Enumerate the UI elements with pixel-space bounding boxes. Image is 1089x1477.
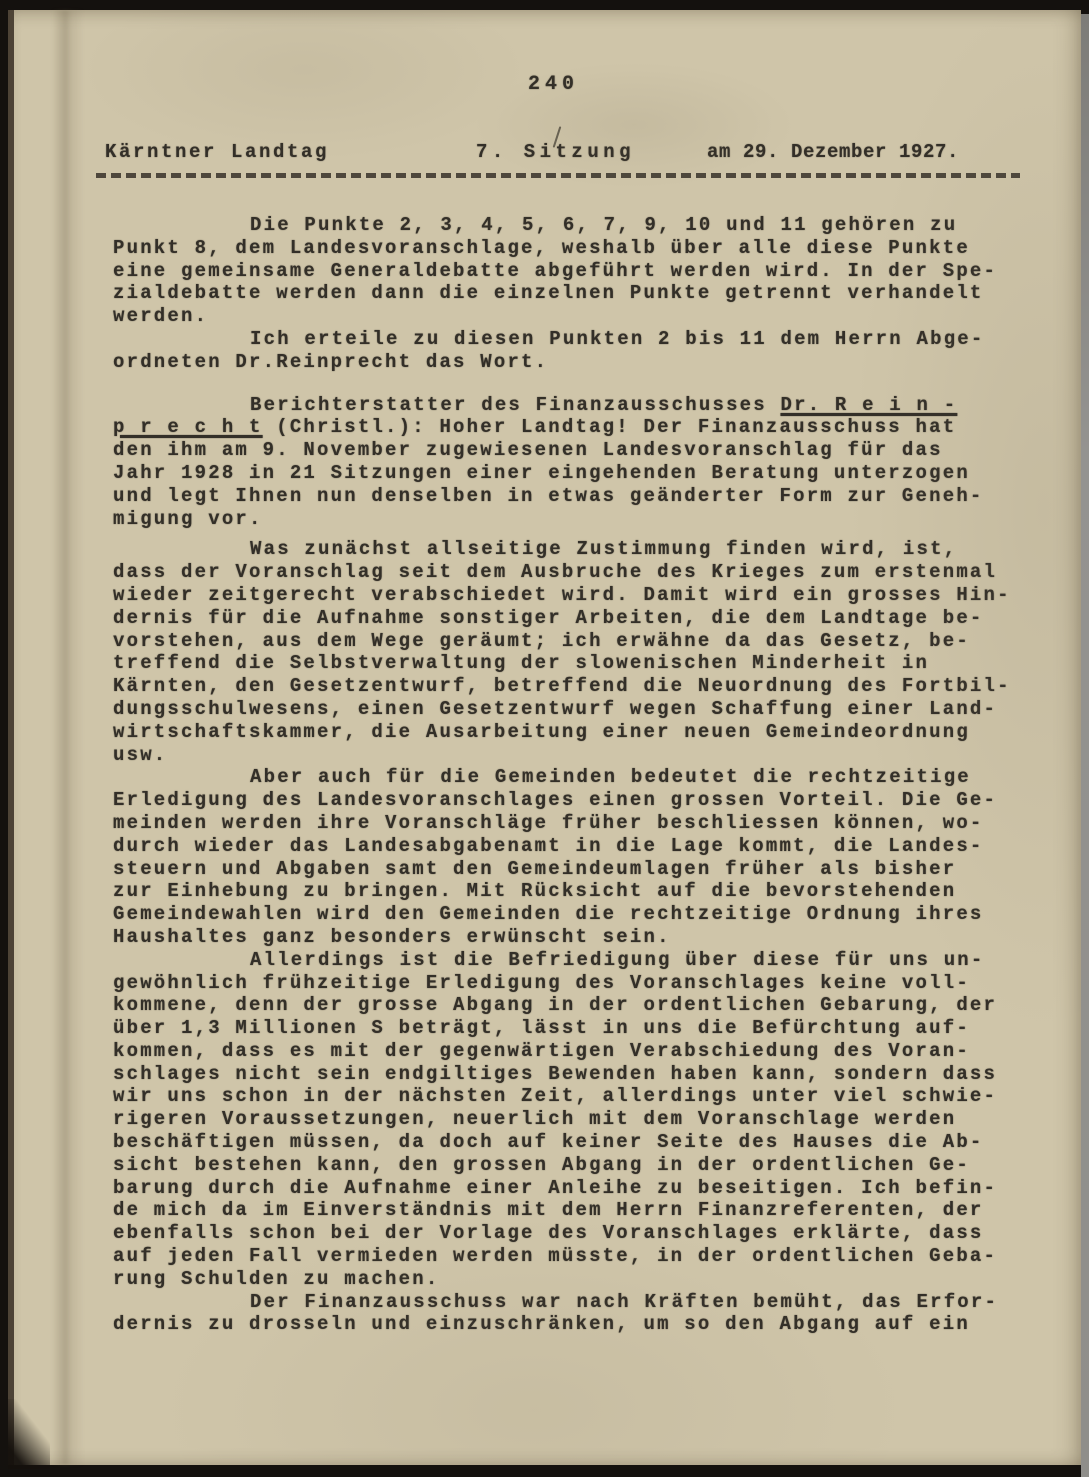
text-segment: Berichterstatter des Finanzausschusses — [250, 394, 780, 416]
text-line: treffend die Selbstverwaltung der slowen… — [113, 652, 1025, 675]
paragraph: Allerdings ist die Befriedigung über die… — [113, 949, 1025, 1291]
text-line: migung vor. — [113, 508, 1025, 531]
text-segment: Der Finanzausschuss war nach Kräften bem… — [250, 1291, 998, 1313]
text-segment: durch wieder das Landesabgabenamt in die… — [113, 835, 984, 857]
text-segment: wirtschaftskammer, die Ausarbeitung eine… — [113, 721, 970, 743]
text-segment: Allerdings ist die Befriedigung über die… — [250, 949, 985, 971]
text-segment: zur Einhebung zu bringen. Mit Rücksicht … — [113, 880, 956, 902]
text-segment: dernis zu drosseln und einzuschränken, u… — [113, 1313, 970, 1335]
text-line: gewöhnlich frühzeitige Erledigung des Vo… — [113, 972, 1025, 995]
text-segment: gewöhnlich frühzeitige Erledigung des Vo… — [113, 972, 970, 994]
header-institution: Kärntner Landtag — [105, 141, 329, 163]
text-line: steuern und Abgaben samt den Gemeindeuml… — [113, 858, 1025, 881]
text-line: Haushaltes ganz besonders erwünscht sein… — [113, 926, 1025, 949]
text-segment: vorstehen, aus dem Wege geräumt; ich erw… — [113, 630, 970, 652]
text-segment: usw. — [113, 744, 167, 766]
text-line: barung durch die Aufnahme einer Anleihe … — [113, 1177, 1025, 1200]
text-line: den ihm am 9. November zugewiesenen Land… — [113, 439, 1025, 462]
text-line: rigeren Voraussetzungen, neuerlich mit d… — [113, 1108, 1025, 1131]
text-line: rung Schulden zu machen. — [113, 1268, 1025, 1291]
corner-shadow — [8, 1399, 50, 1469]
text-segment: zialdebatte werden dann die einzelnen Pu… — [113, 282, 984, 304]
paragraph: Die Punkte 2, 3, 4, 5, 6, 7, 9, 10 und 1… — [113, 214, 1025, 328]
text-line: durch wieder das Landesabgabenamt in die… — [113, 835, 1025, 858]
paper: 240 Kärntner Landtag 7. Sitzung am 29. D… — [8, 10, 1081, 1465]
header-session: 7. Sitzung — [476, 141, 635, 163]
text-line: Punkt 8, dem Landesvoranschlage, weshalb… — [113, 237, 1025, 260]
text-line: sicht bestehen kann, den grossen Abgang … — [113, 1154, 1025, 1177]
text-line: Allerdings ist die Befriedigung über die… — [113, 949, 1025, 972]
underlined-text: p r e c h t — [113, 416, 263, 438]
document-body: Die Punkte 2, 3, 4, 5, 6, 7, 9, 10 und 1… — [113, 214, 1025, 1336]
text-segment: den ihm am 9. November zugewiesenen Land… — [113, 439, 943, 461]
text-line: wir uns schon in der nächsten Zeit, alle… — [113, 1085, 1025, 1108]
text-segment: beschäftigen müssen, da doch auf keiner … — [113, 1131, 984, 1153]
text-segment: de mich da im Einverständnis mit dem Her… — [113, 1199, 984, 1221]
text-line: meinden werden ihre Voranschläge früher … — [113, 812, 1025, 835]
text-segment: kommene, denn der grosse Abgang in der o… — [113, 994, 997, 1016]
paragraph: Aber auch für die Gemeinden bedeutet die… — [113, 766, 1025, 948]
text-line: auf jeden Fall vermieden werden müsste, … — [113, 1245, 1025, 1268]
text-line: Jahr 1928 in 21 Sitzungen einer eingehen… — [113, 462, 1025, 485]
text-line: dungsschulwesens, einen Gesetzentwurf we… — [113, 698, 1025, 721]
text-line: Berichterstatter des Finanzausschusses D… — [113, 394, 1025, 417]
text-segment: Jahr 1928 in 21 Sitzungen einer eingehen… — [113, 462, 970, 484]
text-segment: Ich erteile zu diesen Punkten 2 bis 11 d… — [250, 328, 985, 350]
text-segment: wieder zeitgerecht verabschiedet wird. D… — [113, 584, 1011, 606]
text-line: Die Punkte 2, 3, 4, 5, 6, 7, 9, 10 und 1… — [113, 214, 1025, 237]
text-segment: eine gemeinsame Generaldebatte abgeführt… — [113, 260, 997, 282]
text-line: Ich erteile zu diesen Punkten 2 bis 11 d… — [113, 328, 1025, 351]
text-segment: werden. — [113, 305, 208, 327]
text-line: zur Einhebung zu bringen. Mit Rücksicht … — [113, 880, 1025, 903]
paragraph: Der Finanzausschuss war nach Kräften bem… — [113, 1291, 1025, 1337]
scan-background: { "scan": { "paper_color": "#cfc5a9", "i… — [0, 0, 1089, 1477]
text-segment: Die Punkte 2, 3, 4, 5, 6, 7, 9, 10 und 1… — [250, 214, 957, 236]
text-segment: rung Schulden zu machen. — [113, 1268, 439, 1290]
text-line: Erledigung des Landesvoranschlages einen… — [113, 789, 1025, 812]
text-line: zialdebatte werden dann die einzelnen Pu… — [113, 282, 1025, 305]
header-dashed-rule — [96, 173, 1020, 178]
text-line: ebenfalls schon bei der Vorlage des Vora… — [113, 1222, 1025, 1245]
text-segment: und legt Ihnen nun denselben in etwas ge… — [113, 485, 984, 507]
text-line: und legt Ihnen nun denselben in etwas ge… — [113, 485, 1025, 508]
text-segment: treffend die Selbstverwaltung der slowen… — [113, 652, 929, 674]
text-segment: Aber auch für die Gemeinden bedeutet die… — [250, 766, 971, 788]
text-segment: migung vor. — [113, 508, 263, 530]
scanner-edge-strip — [1081, 14, 1089, 1477]
text-line: werden. — [113, 305, 1025, 328]
text-line: de mich da im Einverständnis mit dem Her… — [113, 1199, 1025, 1222]
header-date: am 29. Dezember 1927. — [707, 141, 959, 163]
text-segment: Punkt 8, dem Landesvoranschlage, weshalb… — [113, 237, 970, 259]
paragraph: Was zunächst allseitige Zustimmung finde… — [113, 538, 1025, 766]
text-line: Was zunächst allseitige Zustimmung finde… — [113, 538, 1025, 561]
text-segment: ebenfalls schon bei der Vorlage des Vora… — [113, 1222, 984, 1244]
underlined-text: Dr. R e i n - — [780, 394, 957, 416]
text-segment: Erledigung des Landesvoranschlages einen… — [113, 789, 997, 811]
text-line: dernis für die Aufnahme sonstiger Arbeit… — [113, 607, 1025, 630]
paragraph: Ich erteile zu diesen Punkten 2 bis 11 d… — [113, 328, 1025, 374]
text-line: über 1,3 Millionen S beträgt, lässt in u… — [113, 1017, 1025, 1040]
text-segment: über 1,3 Millionen S beträgt, lässt in u… — [113, 1017, 970, 1039]
text-segment: dungsschulwesens, einen Gesetzentwurf we… — [113, 698, 997, 720]
fold-crease — [52, 10, 84, 1465]
text-segment: kommen, dass es mit der gegenwärtigen Ve… — [113, 1040, 970, 1062]
text-segment: Was zunächst allseitige Zustimmung finde… — [250, 538, 957, 560]
text-segment: Haushaltes ganz besonders erwünscht sein… — [113, 926, 671, 948]
paragraph: Berichterstatter des Finanzausschusses D… — [113, 394, 1025, 531]
text-line: beschäftigen müssen, da doch auf keiner … — [113, 1131, 1025, 1154]
text-line: vorstehen, aus dem Wege geräumt; ich erw… — [113, 630, 1025, 653]
text-segment: schlages nicht sein endgiltiges Bewenden… — [113, 1063, 997, 1085]
text-segment: dernis für die Aufnahme sonstiger Arbeit… — [113, 607, 984, 629]
text-segment: Gemeindewahlen wird den Gemeinden die re… — [113, 903, 984, 925]
text-line: dernis zu drosseln und einzuschränken, u… — [113, 1313, 1025, 1336]
text-segment: rigeren Voraussetzungen, neuerlich mit d… — [113, 1108, 956, 1130]
text-line: kommen, dass es mit der gegenwärtigen Ve… — [113, 1040, 1025, 1063]
text-segment: steuern und Abgaben samt den Gemeindeuml… — [113, 858, 956, 880]
text-line: Der Finanzausschuss war nach Kräften bem… — [113, 1291, 1025, 1314]
text-segment: Kärnten, den Gesetzentwurf, betreffend d… — [113, 675, 1011, 697]
text-line: schlages nicht sein endgiltiges Bewenden… — [113, 1063, 1025, 1086]
text-line: Gemeindewahlen wird den Gemeinden die re… — [113, 903, 1025, 926]
text-line: Aber auch für die Gemeinden bedeutet die… — [113, 766, 1025, 789]
page-number: 240 — [528, 73, 579, 96]
text-segment: barung durch die Aufnahme einer Anleihe … — [113, 1177, 997, 1199]
text-line: usw. — [113, 744, 1025, 767]
text-segment: (Christl.): Hoher Landtag! Der Finanzaus… — [263, 416, 957, 438]
text-segment: sicht bestehen kann, den grossen Abgang … — [113, 1154, 970, 1176]
text-line: p r e c h t (Christl.): Hoher Landtag! D… — [113, 416, 1025, 439]
text-segment: wir uns schon in der nächsten Zeit, alle… — [113, 1085, 997, 1107]
text-segment: dass der Voranschlag seit dem Ausbruche … — [113, 561, 997, 583]
text-line: wirtschaftskammer, die Ausarbeitung eine… — [113, 721, 1025, 744]
text-line: eine gemeinsame Generaldebatte abgeführt… — [113, 260, 1025, 283]
text-line: wieder zeitgerecht verabschiedet wird. D… — [113, 584, 1025, 607]
text-segment: ordneten Dr.Reinprecht das Wort. — [113, 351, 548, 373]
text-line: Kärnten, den Gesetzentwurf, betreffend d… — [113, 675, 1025, 698]
text-line: dass der Voranschlag seit dem Ausbruche … — [113, 561, 1025, 584]
text-segment: auf jeden Fall vermieden werden müsste, … — [113, 1245, 997, 1267]
text-line: ordneten Dr.Reinprecht das Wort. — [113, 351, 1025, 374]
text-segment: meinden werden ihre Voranschläge früher … — [113, 812, 984, 834]
text-line: kommene, denn der grosse Abgang in der o… — [113, 994, 1025, 1017]
